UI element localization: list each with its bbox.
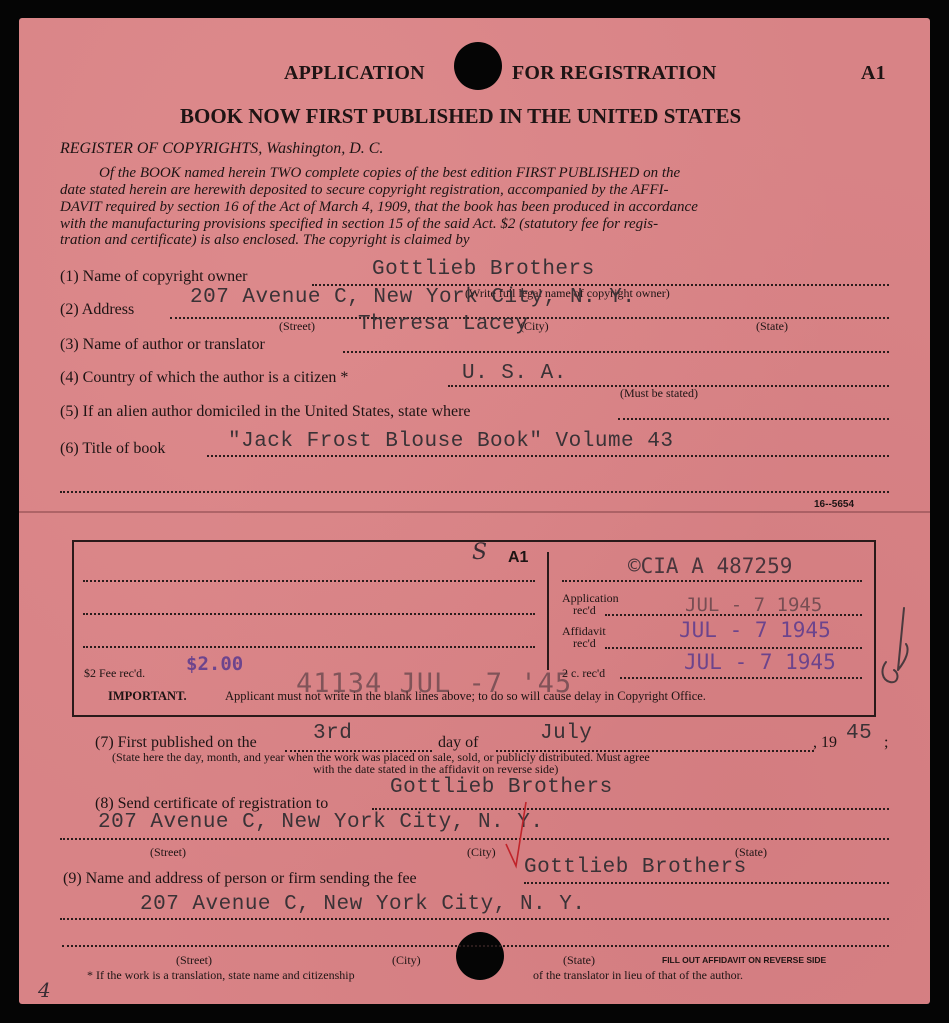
field-6-line-2 (60, 491, 889, 493)
field-3-line (343, 351, 889, 353)
copies-label: 2 c. rec'd (562, 666, 605, 681)
field-7-end: ; (884, 734, 888, 752)
fee-stamp: $2.00 (186, 653, 243, 675)
title-application: APPLICATION (284, 62, 425, 85)
fold-crease (19, 511, 930, 513)
corner-handwritten-mark: 4 (38, 978, 51, 1002)
intro-line-5: tration and certificate) is also enclose… (60, 232, 470, 249)
receipt-overlay-stamp: 41134 JUL -7 '45 (296, 668, 572, 699)
office-box-code: A1 (508, 549, 528, 567)
field-8-hint-city: (City) (467, 845, 496, 860)
field-9-address[interactable]: 207 Avenue C, New York City, N. Y. (140, 893, 585, 916)
field-3-label: (3) Name of author or translator (60, 336, 265, 354)
registration-number: ©CIA A 487259 (628, 554, 792, 578)
field-2-label: (2) Address (60, 301, 134, 319)
form-subtitle: BOOK NOW FIRST PUBLISHED IN THE UNITED S… (180, 104, 741, 129)
punch-hole-bottom (456, 932, 504, 980)
affidavit-line (605, 647, 862, 649)
blank-line-1 (83, 580, 535, 582)
reverse-side-note: FILL OUT AFFIDAVIT ON REVERSE SIDE (662, 955, 826, 965)
field-7-day[interactable]: 3rd (313, 722, 352, 745)
footer-line (62, 945, 889, 947)
field-6-value[interactable]: "Jack Frost Blouse Book" Volume 43 (228, 430, 673, 453)
punch-hole-top (454, 42, 502, 90)
field-3-value[interactable]: Theresa Lacey (358, 313, 528, 336)
field-7-label-c: , 19 (813, 734, 837, 752)
field-7-month[interactable]: July (540, 722, 592, 745)
field-9-address-line (60, 918, 889, 920)
fee-label: $2 Fee rec'd. (84, 666, 145, 681)
field-9-name-line (524, 882, 889, 884)
intro-line-1: Of the BOOK named herein TWO complete co… (99, 165, 680, 182)
intro-line-3: DAVIT required by section 16 of the Act … (60, 199, 698, 216)
field-8-name-line (372, 808, 889, 810)
field-5-label: (5) If an alien author domiciled in the … (60, 403, 471, 421)
field-7-year[interactable]: 45 (846, 722, 872, 745)
field-2-hint-state: (State) (756, 319, 788, 334)
important-label: IMPORTANT. (108, 689, 187, 704)
form-code: A1 (861, 62, 886, 85)
addressee: REGISTER OF COPYRIGHTS, Washington, D. C… (60, 141, 383, 158)
copies-date-stamp: JUL - 7 1945 (684, 650, 836, 674)
field-9-label: (9) Name and address of person or firm s… (63, 870, 417, 888)
field-4-hint: (Must be stated) (620, 386, 698, 401)
field-1-label: (1) Name of copyright owner (60, 268, 248, 286)
field-9-name[interactable]: Gottlieb Brothers (524, 856, 747, 879)
field-4-value[interactable]: U. S. A. (462, 362, 567, 385)
handwritten-initials-icon (876, 600, 916, 690)
reg-number-line (562, 580, 862, 582)
intro-line-4: with the manufacturing provisions specif… (60, 216, 658, 233)
application-date-stamp: JUL - 7 1945 (685, 594, 822, 616)
form-number: 16--5654 (814, 499, 854, 510)
field-8-address[interactable]: 207 Avenue C, New York City, N. Y. (98, 811, 543, 834)
field-5-line (618, 418, 889, 420)
field-2-value[interactable]: 207 Avenue C, New York City, N. Y. (190, 286, 635, 309)
field-8-hint-street: (Street) (150, 845, 186, 860)
field-2-hint-street: (Street) (279, 319, 315, 334)
field-4-label: (4) Country of which the author is a cit… (60, 369, 348, 387)
intro-line-2: date stated herein are herewith deposite… (60, 182, 668, 199)
footer-hint-street: (Street) (176, 953, 212, 968)
office-box-divider (547, 552, 549, 670)
field-8-name[interactable]: Gottlieb Brothers (390, 776, 613, 799)
footer-hint-state: (State) (563, 953, 595, 968)
blank-line-2 (83, 613, 535, 615)
field-6-label: (6) Title of book (60, 440, 165, 458)
field-1-value[interactable]: Gottlieb Brothers (372, 258, 595, 281)
field-8-address-line (60, 838, 889, 840)
footnote-right: of the translator in lieu of that of the… (533, 968, 743, 983)
affidavit-label-2: rec'd (573, 636, 596, 651)
blank-line-3 (83, 646, 535, 648)
title-for-registration: FOR REGISTRATION (512, 62, 717, 85)
field-6-line (207, 455, 889, 457)
footnote-left: * If the work is a translation, state na… (87, 968, 355, 983)
affidavit-date-stamp: JUL - 7 1945 (679, 618, 831, 642)
copies-line (620, 677, 862, 679)
footer-hint-city: (City) (392, 953, 421, 968)
application-label-2: rec'd (573, 603, 596, 618)
field-7-hint-2: with the date stated in the affidavit on… (313, 762, 558, 777)
handwritten-s-mark: S (472, 540, 487, 565)
